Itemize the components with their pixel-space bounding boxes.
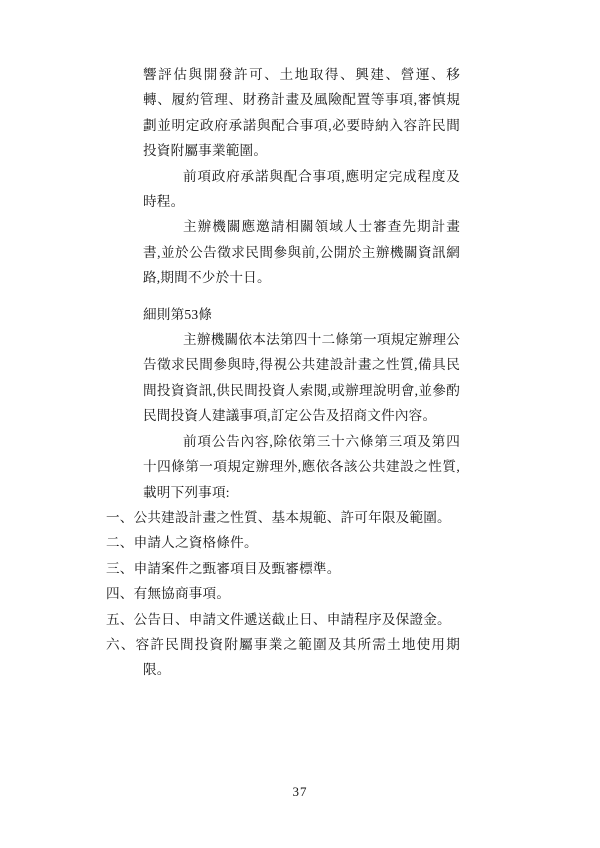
- announcement-items-list: 一、公共建設計畫之性質、基本規範、許可年限及範圍。 二、申請人之資格條件。 三、…: [143, 505, 460, 683]
- list-item: 三、申請案件之甄審項目及甄審標準。: [143, 556, 460, 581]
- list-item-text: 公告日、申請文件遞送截止日、申請程序及保證金。: [134, 612, 451, 627]
- list-item-text: 容許民間投資附屬事業之範圍及其所需土地使用期限。: [136, 637, 460, 677]
- article-53-paragraph-2: 前項公告內容,除依第三十六條第三項及第四十四條第一項規定辦理外,應依各該公共建設…: [143, 429, 460, 505]
- list-item-marker: 一、: [106, 510, 134, 525]
- list-item: 六、容許民間投資附屬事業之範圍及其所需土地使用期限。: [143, 632, 460, 683]
- list-item-text: 公共建設計畫之性質、基本規範、許可年限及範圍。: [134, 510, 451, 525]
- list-item-marker: 四、: [106, 586, 134, 601]
- list-item-text: 有無協商事項。: [134, 586, 231, 601]
- list-item-marker: 六、: [106, 637, 136, 652]
- document-body-text: 響評估與開發許可、土地取得、興建、營運、移轉、履約管理、財務計畫及風險配置等事項…: [143, 62, 460, 683]
- list-item-marker: 三、: [106, 561, 134, 576]
- document-page: 響評估與開發許可、土地取得、興建、營運、移轉、履約管理、財務計畫及風險配置等事項…: [0, 0, 600, 848]
- list-item-text: 申請案件之甄審項目及甄審標準。: [134, 561, 341, 576]
- paragraph-expert-review: 主辦機關應邀請相關領域人士審查先期計畫書,並於公告徵求民間參與前,公開於主辦機關…: [143, 214, 460, 290]
- article-53-paragraph-1: 主辦機關依本法第四十二條第一項規定辦理公告徵求民間參與時,得視公共建設計畫之性質…: [143, 327, 460, 429]
- list-item-marker: 五、: [106, 612, 134, 627]
- list-item-text: 申請人之資格條件。: [134, 535, 258, 550]
- article-53-heading: 細則第53條: [143, 302, 460, 327]
- list-item-marker: 二、: [106, 535, 134, 550]
- paragraph-continuation: 響評估與開發許可、土地取得、興建、營運、移轉、履約管理、財務計畫及風險配置等事項…: [143, 62, 460, 164]
- page-number: 37: [0, 784, 600, 800]
- list-item: 四、有無協商事項。: [143, 581, 460, 606]
- list-item: 一、公共建設計畫之性質、基本規範、許可年限及範圍。: [143, 505, 460, 530]
- paragraph-government-commitment: 前項政府承諾與配合事項,應明定完成程度及時程。: [143, 164, 460, 215]
- list-item: 五、公告日、申請文件遞送截止日、申請程序及保證金。: [143, 607, 460, 632]
- list-item: 二、申請人之資格條件。: [143, 530, 460, 555]
